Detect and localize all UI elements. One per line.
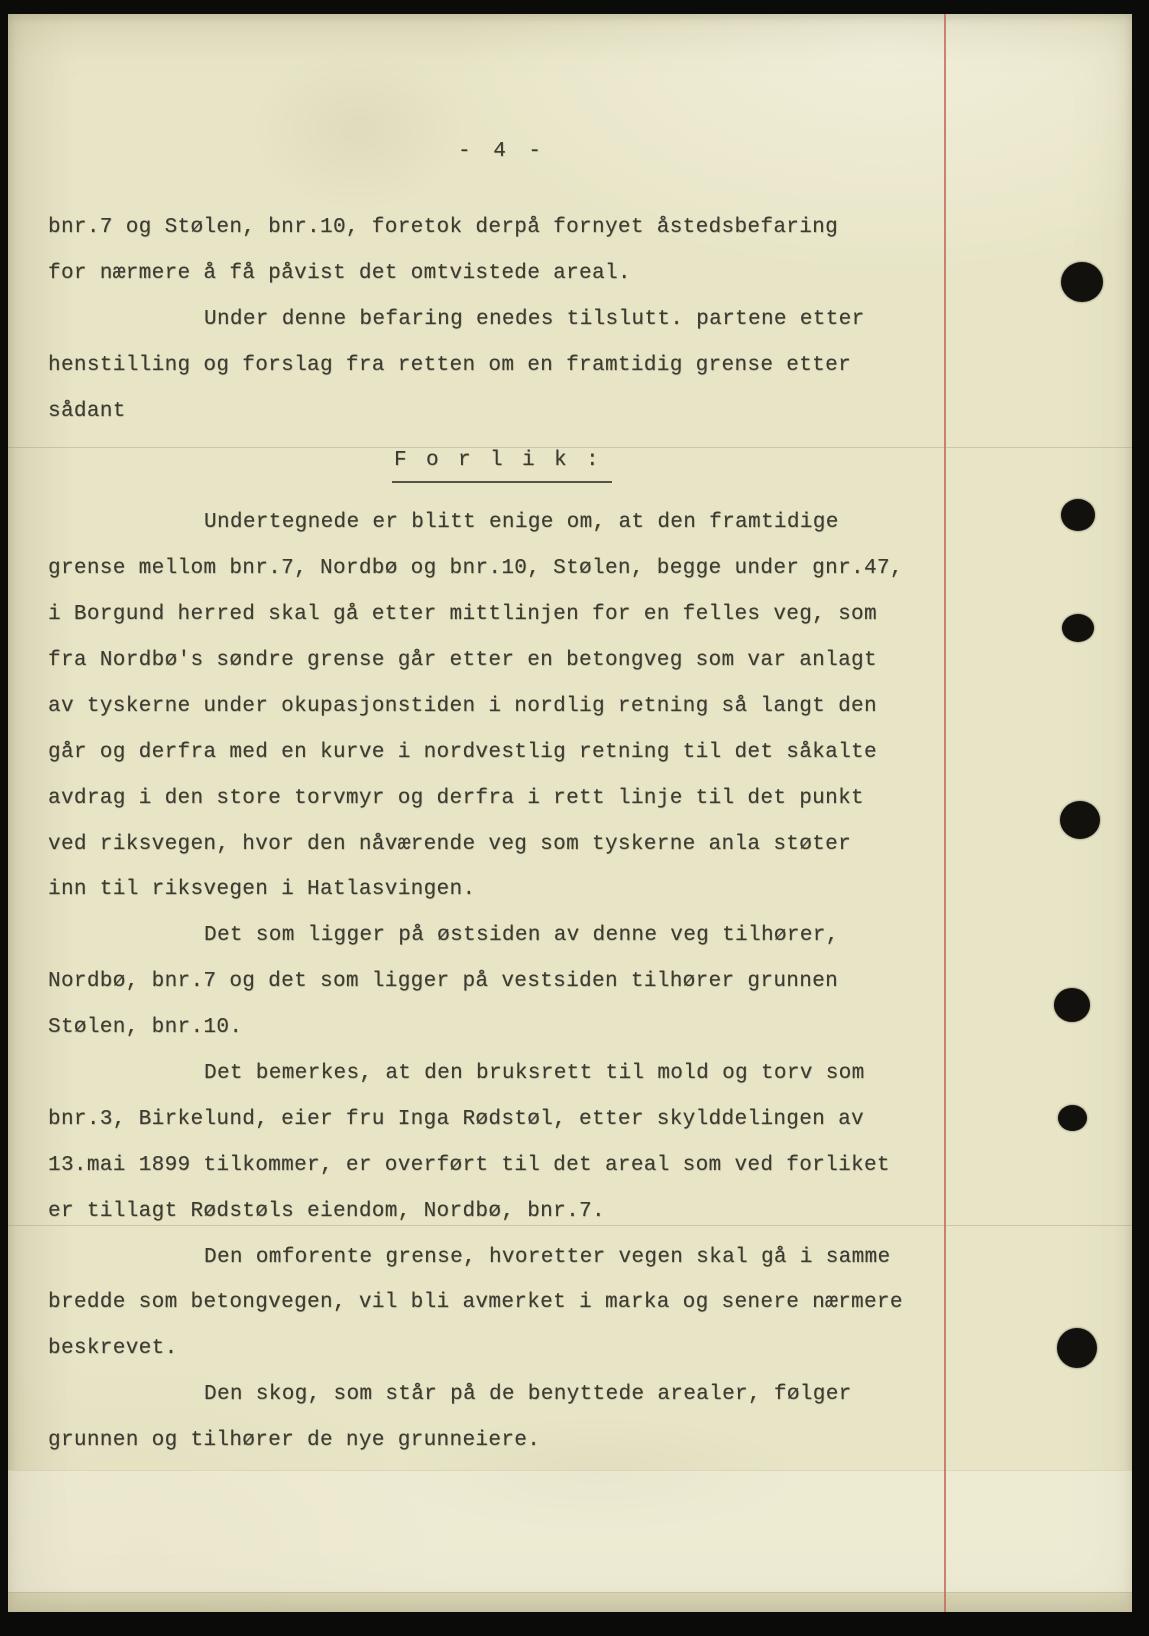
paper-stain [248, 44, 468, 214]
document-line-text: inn til riksvegen i Hatlasvingen. [48, 878, 475, 901]
document-line-text: Under denne befaring enedes tilslutt. pa… [204, 308, 865, 331]
document-line: beskrevet. [48, 1326, 1048, 1372]
document-line: bredde som betongvegen, vil bli avmerket… [48, 1280, 1048, 1326]
document-line: Nordbø, bnr.7 og det som ligger på vests… [48, 959, 1048, 1005]
document-line: i Borgund herred skal gå etter mittlinje… [48, 592, 1048, 638]
document-line: bnr.7 og Stølen, bnr.10, foretok derpå f… [48, 205, 1048, 251]
document-line: grense mellom bnr.7, Nordbø og bnr.10, S… [48, 546, 1048, 592]
document-line-text: Det som ligger på østsiden av denne veg … [204, 924, 839, 947]
page-number: - 4 - [458, 140, 546, 163]
document-line: Den skog, som står på de benyttede areal… [48, 1372, 1048, 1418]
document-line: Det bemerkes, at den bruksrett til mold … [48, 1051, 1048, 1097]
document-line-text: er tillagt Rødstøls eiendom, Nordbø, bnr… [48, 1200, 605, 1223]
document-line-text: grunnen og tilhører de nye grunneiere. [48, 1429, 540, 1452]
document-line-text: henstilling og forslag fra retten om en … [48, 354, 851, 377]
document-line-text: bnr.3, Birkelund, eier fru Inga Rødstøl,… [48, 1108, 864, 1131]
document-line: ved riksvegen, hvor den nåværende veg so… [48, 822, 1048, 868]
document-line-text: Nordbø, bnr.7 og det som ligger på vests… [48, 970, 838, 993]
document-line-text: avdrag i den store torvmyr og derfra i r… [48, 787, 864, 810]
document-line-text: grense mellom bnr.7, Nordbø og bnr.10, S… [48, 557, 903, 580]
document-line-text: i Borgund herred skal gå etter mittlinje… [48, 603, 877, 626]
document-line-text: fra Nordbø's søndre grense går etter en … [48, 649, 877, 672]
document-line: er tillagt Rødstøls eiendom, Nordbø, bnr… [48, 1189, 1048, 1235]
paper-light-band [8, 1470, 1132, 1592]
document-line-text: beskrevet. [48, 1337, 178, 1360]
document-line: går og derfra med en kurve i nordvestlig… [48, 730, 1048, 776]
settlement-heading: F o r l i k : [48, 438, 1048, 484]
paper-bottom-shade [8, 1592, 1132, 1612]
document-line-text: sådant [48, 400, 126, 423]
document-line: av tyskerne under okupasjonstiden i nord… [48, 684, 1048, 730]
binder-hole-dot [1057, 1328, 1097, 1368]
binder-hole-dot [1061, 262, 1103, 302]
scan-background: - 4 - bnr.7 og Stølen, bnr.10, foretok d… [0, 0, 1149, 1636]
document-line: Den omforente grense, hvoretter vegen sk… [48, 1235, 1048, 1281]
document-line: Under denne befaring enedes tilslutt. pa… [48, 297, 1048, 343]
document-line: Stølen, bnr.10. [48, 1005, 1048, 1051]
document-line-text: Det bemerkes, at den bruksrett til mold … [204, 1062, 865, 1085]
binder-hole-dot [1058, 1105, 1087, 1131]
binder-hole-dot [1062, 614, 1094, 642]
document-line-text: Undertegnede er blitt enige om, at den f… [204, 511, 839, 534]
document-line: bnr.3, Birkelund, eier fru Inga Rødstøl,… [48, 1097, 1048, 1143]
document-line-text: går og derfra med en kurve i nordvestlig… [48, 741, 877, 764]
document-line: henstilling og forslag fra retten om en … [48, 343, 1048, 389]
document-line: 13.mai 1899 tilkommer, er overført til d… [48, 1143, 1048, 1189]
document-line-text: bnr.7 og Stølen, bnr.10, foretok derpå f… [48, 216, 838, 239]
document-line: Det som ligger på østsiden av denne veg … [48, 913, 1048, 959]
document-line: Undertegnede er blitt enige om, at den f… [48, 500, 1048, 546]
document-line-text: ved riksvegen, hvor den nåværende veg so… [48, 833, 851, 856]
document-line-text: Den skog, som står på de benyttede areal… [204, 1383, 852, 1406]
paper-page: - 4 - bnr.7 og Stølen, bnr.10, foretok d… [8, 14, 1132, 1612]
document-line-text: 13.mai 1899 tilkommer, er overført til d… [48, 1154, 890, 1177]
document-line-text: for nærmere å få påvist det omtvistede a… [48, 262, 631, 285]
document-line-text: Den omforente grense, hvoretter vegen sk… [204, 1246, 890, 1269]
document-line: avdrag i den store torvmyr og derfra i r… [48, 776, 1048, 822]
binder-hole-dot [1060, 801, 1100, 839]
document-line: fra Nordbø's søndre grense går etter en … [48, 638, 1048, 684]
binder-hole-dot [1061, 499, 1095, 531]
document-line: inn til riksvegen i Hatlasvingen. [48, 867, 1048, 913]
document-line-text: bredde som betongvegen, vil bli avmerket… [48, 1291, 903, 1314]
document-line: for nærmere å få påvist det omtvistede a… [48, 251, 1048, 297]
settlement-heading-text: F o r l i k : [392, 440, 612, 483]
document-line-text: Stølen, bnr.10. [48, 1016, 242, 1039]
document-line-text: av tyskerne under okupasjonstiden i nord… [48, 695, 877, 718]
binder-hole-dot [1054, 988, 1090, 1022]
document-text: bnr.7 og Stølen, bnr.10, foretok derpå f… [48, 205, 1048, 1464]
document-line: sådant [48, 389, 1048, 435]
document-line: grunnen og tilhører de nye grunneiere. [48, 1418, 1048, 1464]
